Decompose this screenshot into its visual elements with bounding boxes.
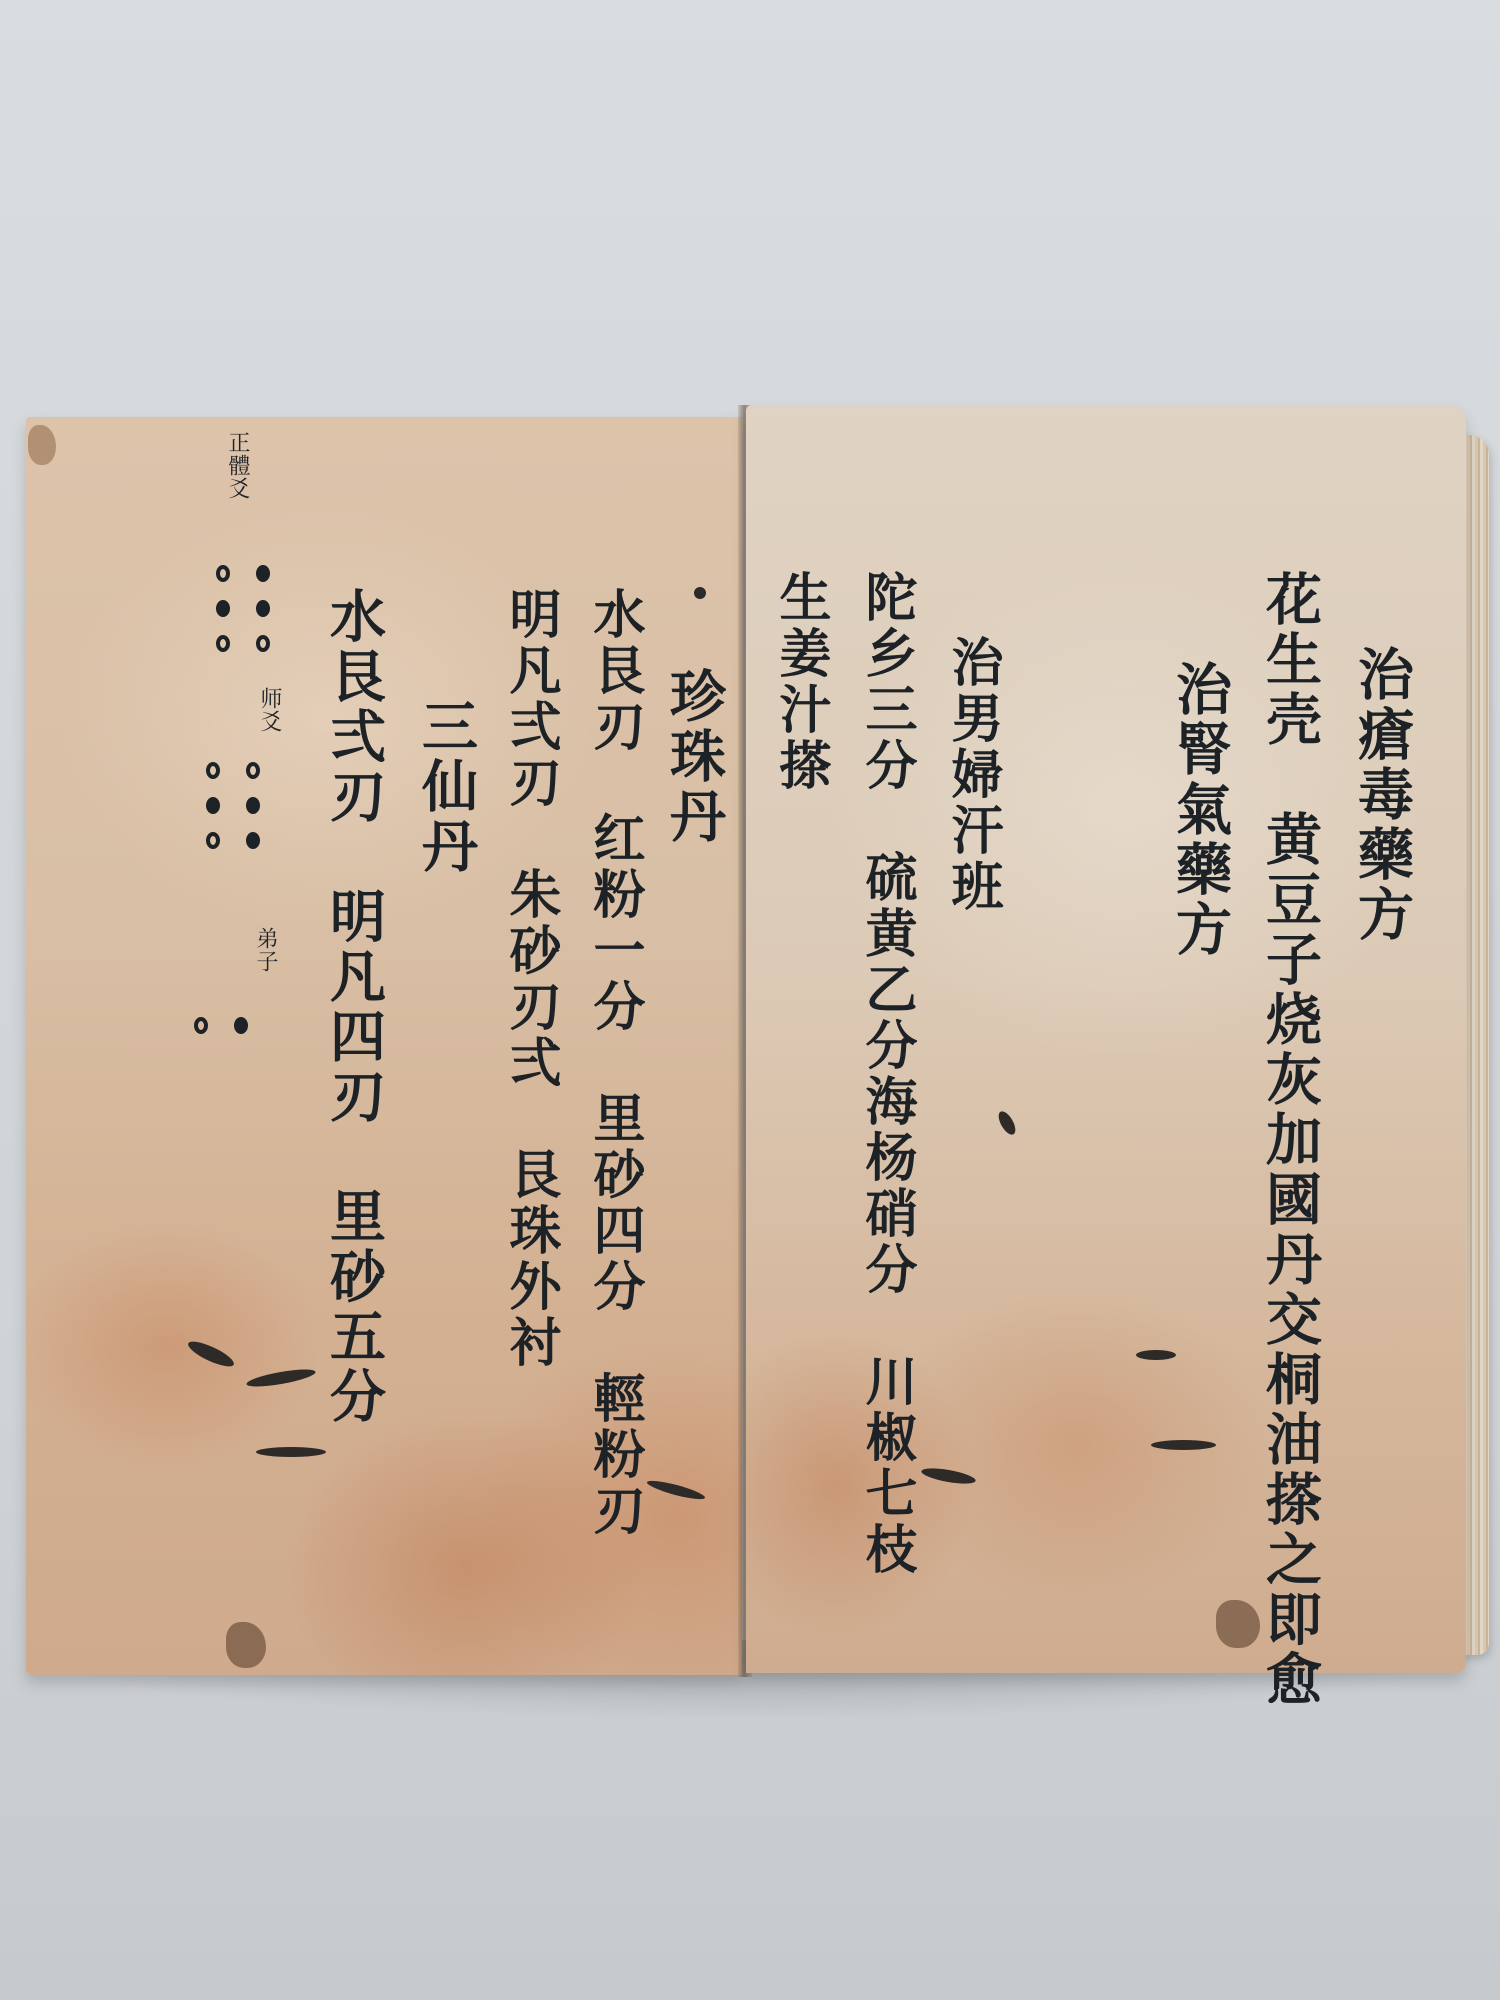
worm-hole <box>185 1337 236 1371</box>
filled-dot-icon <box>256 565 270 582</box>
damage-hole <box>226 1622 266 1668</box>
hollow-dot-icon <box>216 565 230 582</box>
recipe-title-shenqi: 治腎氣藥方 <box>1172 660 1228 960</box>
dot-group-1 <box>216 565 278 652</box>
hollow-dot-icon <box>216 635 230 652</box>
hollow-dot-icon <box>206 762 220 779</box>
recipe-chuangdu-ingredients: 花生壳 黄豆子烧灰加國丹交桐油搽之即愈 <box>1262 570 1318 1710</box>
worm-hole <box>646 1477 707 1502</box>
recipe-title-chuangdu: 治瘡毒藥方 <box>1354 645 1410 945</box>
worm-hole <box>245 1366 316 1390</box>
left-page: 正體爻 师爻 弟子 <box>26 417 742 1675</box>
open-book: 正體爻 师爻 弟子 <box>26 405 1496 1705</box>
dot-group-3 <box>194 1017 256 1034</box>
filled-dot-icon <box>246 797 260 814</box>
damage-hole <box>1216 1600 1260 1648</box>
margin-note-3: 弟子 <box>254 927 276 973</box>
worm-hole <box>920 1465 976 1486</box>
recipe-hanban-ingredients: 陀乡三分 硫黄乙分海杨硝分 川椒七枝 <box>860 570 912 1578</box>
worm-hole <box>1136 1350 1176 1360</box>
filled-dot-icon <box>216 600 230 617</box>
recipe-title-hanban: 治男婦汗班 <box>946 635 998 915</box>
recipe-zhenzhu-dan-line2: 明凡弍刃 朱砂刃弍 艮珠外衬 <box>504 587 556 1371</box>
recipe-title-zhenzhu-dan: 珍珠丹 <box>666 667 722 847</box>
hollow-dot-icon <box>246 762 260 779</box>
filled-dot-icon <box>234 1017 248 1034</box>
filled-dot-icon <box>246 832 260 849</box>
recipe-zhenzhu-dan-line1: 水艮刃 红粉一分 里砂四分 輕粉刃 <box>588 587 640 1539</box>
photo-scene: 正體爻 师爻 弟子 <box>0 0 1500 2000</box>
punctuation-dot <box>694 587 706 599</box>
margin-note-2: 师爻 <box>258 687 280 733</box>
right-page: 治瘡毒藥方 花生壳 黄豆子烧灰加國丹交桐油搽之即愈 治腎氣藥方 治男婦汗班 陀乡… <box>746 405 1466 1673</box>
ink-mark <box>995 1109 1018 1138</box>
hollow-dot-icon <box>206 832 220 849</box>
margin-note-1: 正體爻 <box>226 431 248 500</box>
hollow-dot-icon <box>256 635 270 652</box>
filled-dot-icon <box>256 600 270 617</box>
torn-corner <box>28 425 56 465</box>
recipe-title-sanxian-dan: 三仙丹 <box>418 697 474 877</box>
recipe-sanxian-dan-line1: 水艮弍刃 明凡四刃 里砂五分 <box>326 587 382 1427</box>
hollow-dot-icon <box>194 1017 208 1034</box>
recipe-hanban-application: 生姜汁搽 <box>774 570 826 794</box>
worm-hole <box>256 1447 326 1457</box>
worm-hole <box>1151 1440 1216 1450</box>
filled-dot-icon <box>206 797 220 814</box>
dot-group-2 <box>206 762 268 849</box>
